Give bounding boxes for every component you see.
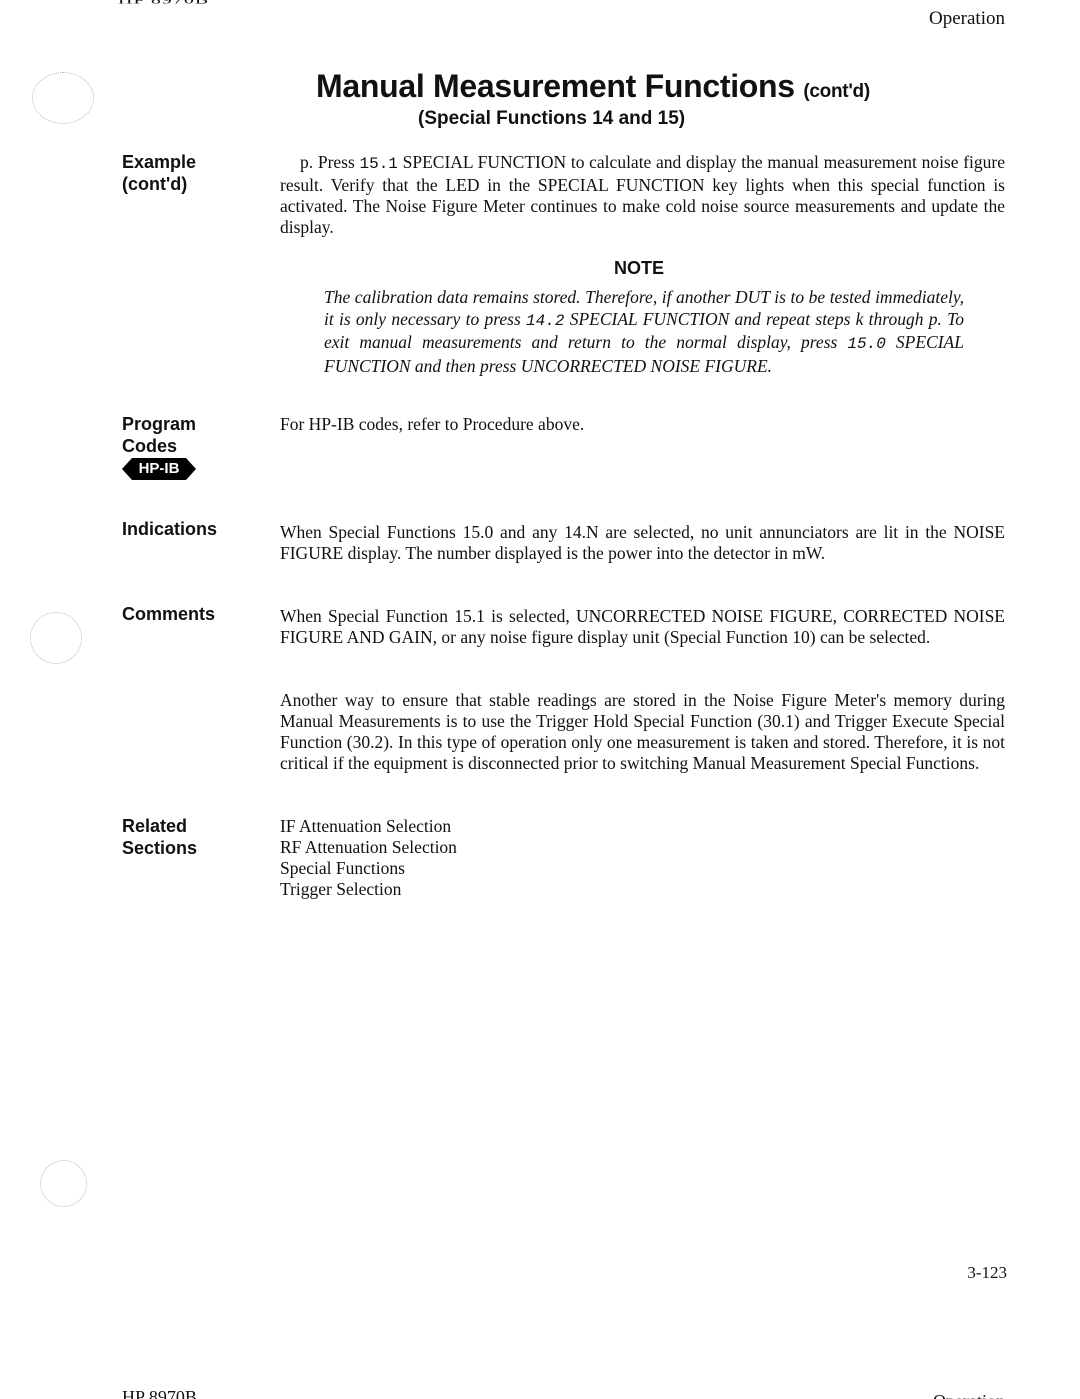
label-line: Example [122,151,196,173]
note-body: The calibration data remains stored. The… [324,287,964,377]
scan-artifact [32,72,94,124]
related-item: RF Attenuation Selection [280,837,457,858]
page-title-contd: (cont'd) [803,81,869,102]
related-sections-list: IF Attenuation Selection RF Attenuation … [280,816,457,900]
hpib-badge: HP-IB [122,458,196,480]
related-item: Trigger Selection [280,879,457,900]
comments-paragraph-1: When Special Function 15.1 is selected, … [280,606,1005,648]
section-label-indications: Indications [122,518,217,540]
label-line: Related [122,815,197,837]
page-subtitle: (Special Functions 14 and 15) [418,108,685,130]
section-label-related: Related Sections [122,815,197,859]
page-title-main: Manual Measurement Functions [316,68,795,104]
comments-paragraph-2: Another way to ensure that stable readin… [280,690,1005,774]
related-item: Special Functions [280,858,457,879]
running-footer-section: Operation [933,1391,1005,1399]
section-label-program-codes: Program Codes [122,413,196,457]
scan-artifact [40,1160,87,1207]
indications-text: When Special Functions 15.0 and any 14.N… [280,522,1005,564]
running-footer-model: HP 8970B [122,1387,197,1399]
label-line: Codes [122,435,196,457]
step-letter: p. [300,152,313,172]
running-header-model: HP 8970B [118,0,209,7]
scan-artifact [30,612,82,664]
text: Press [318,152,360,172]
related-item: IF Attenuation Selection [280,816,457,837]
page-title: Manual Measurement Functions (cont'd) [316,68,870,105]
section-label-example: Example (cont'd) [122,151,196,195]
page-number: 3-123 [967,1263,1007,1283]
example-step-p: p. Press 15.1 SPECIAL FUNCTION to calcul… [280,152,1005,238]
note-heading: NOTE [614,258,664,279]
label-line: Program [122,413,196,435]
key-code: 14.2 [526,312,564,330]
label-line: Sections [122,837,197,859]
program-codes-text: For HP-IB codes, refer to Procedure abov… [280,414,1005,435]
key-code: 15.0 [847,335,885,353]
section-label-comments: Comments [122,603,215,625]
label-line: (cont'd) [122,173,196,195]
running-header-section: Operation [929,8,1005,30]
key-code: 15.1 [360,155,398,173]
